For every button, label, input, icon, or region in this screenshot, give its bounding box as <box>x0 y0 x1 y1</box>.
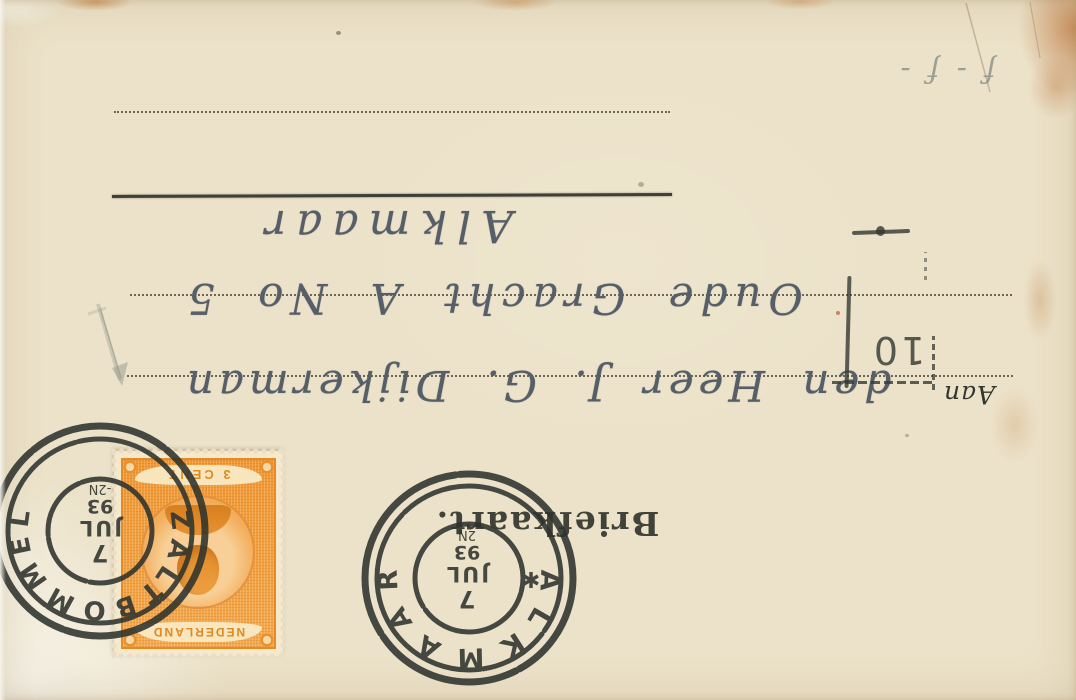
postcard-scan: Alkmaar Oude Gracht A No 5 den Heer J. G… <box>0 0 1076 700</box>
stamp-corner-ornament <box>258 631 276 649</box>
handwritten-street: Oude Gracht A No 5 <box>172 250 812 348</box>
crease-lines <box>940 0 1076 100</box>
handwritten-city: Alkmaar <box>222 194 546 258</box>
postmark-zaltbommel: ZALTBOMMEL 7 JUL 93 -2N <box>0 415 216 647</box>
paper-speck <box>905 434 909 437</box>
stamp-perforation-top <box>112 652 285 660</box>
address-rule-1 <box>114 111 670 113</box>
postmark-year: 93 <box>87 495 113 517</box>
paper-speck <box>638 182 644 187</box>
stamp-corner-ornament <box>258 458 276 476</box>
postmark-month: JUL <box>445 562 491 586</box>
postmark-alkmaar: ALKMAAR ✱ 7 JUL 93 2N <box>353 462 585 694</box>
postmark-star-separator: ✱ <box>522 566 540 591</box>
pencil-arrow-mark <box>66 298 150 402</box>
handwritten-recipient: den Heer J. G. Dijkerman <box>138 336 935 436</box>
ink-dash-blob <box>876 226 885 236</box>
postmark-hour: -2N <box>89 481 112 496</box>
tax-mark-box: 10 <box>828 228 944 394</box>
postmark-day: 7 <box>459 585 476 613</box>
tax-box-right-edge-upper <box>924 252 927 280</box>
stamp-perforation-left <box>279 449 287 658</box>
postmark-month: JUL <box>78 516 124 540</box>
postmark-hour: 2N <box>458 527 476 542</box>
tax-box-left-edge <box>845 276 852 388</box>
paper-speck <box>336 31 341 35</box>
aan-label: Aan <box>934 378 1004 412</box>
card-paper-edge <box>0 0 6 700</box>
tax-box-bottom-edge <box>832 381 934 384</box>
tax-mark-value: 10 <box>868 326 928 374</box>
postmark-day: 7 <box>92 539 109 567</box>
paper-speck <box>836 311 840 315</box>
postmark-year: 93 <box>454 541 480 563</box>
